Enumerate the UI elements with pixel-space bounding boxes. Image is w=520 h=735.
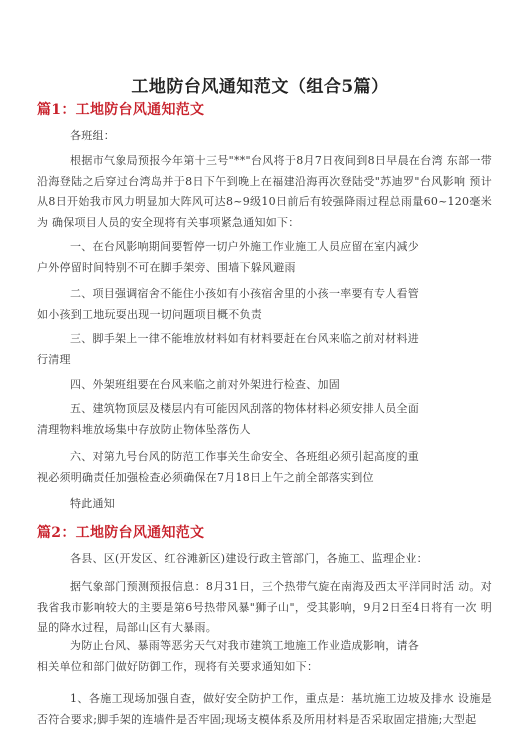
section-1-item-1: 一、在台风影响期间要暂停一切户外施工作业施工人员应留在室内减少户外停留时间特别不…: [37, 237, 419, 278]
section-1-item-5: 五、建筑物顶层及楼层内有可能因风刮落的物体材料必须安排人员全面清理物料堆放场集中…: [37, 399, 419, 440]
section-1-item-2: 二、项目强调宿舍不能住小孩如有小孩宿舍里的小孩一率要有专人看管如小孩到工地玩耍出…: [37, 284, 419, 325]
section-2-salutation: 各县、区(开发区、红谷滩新区)建设行政主管部门，各施工、监理企业：: [37, 549, 492, 570]
section-2-heading: 篇2：工地防台风通知范文: [37, 522, 204, 542]
section-2-item-1: 1、各施工现场加强自查，做好安全防护工作，重点是：基坑施工边坡及排水 设施是否符…: [37, 689, 492, 730]
document-title: 工地防台风通知范文（组合5篇）: [0, 72, 520, 97]
section-1-heading: 篇1：工地防台风通知范文: [37, 99, 204, 119]
section-1-salutation: 各班组：: [37, 126, 489, 147]
section-2-paragraph-forecast: 据气象部门预测预报信息：8月31日，三个热带气旋在南海及西太平洋同时活 动。对我…: [37, 577, 492, 639]
section-1-paragraph-intro: 根据市气象局预报今年第十三号"**"台风将于8月7日夜间到8日早晨在台湾 东部一…: [37, 151, 492, 233]
section-1-item-3: 三、脚手架上一律不能堆放材料如有材料要赶在台风来临之前对材料进行清理: [37, 329, 419, 370]
section-2-paragraph-requirements: 为防止台风、暴雨等恶劣天气对我市建筑工地施工作业造成影响，请各相关单位和部门做好…: [37, 636, 419, 677]
section-1-item-6: 六、对第九号台风的防范工作事关生命安全、各班组必须引起高度的重视必须明确责任加强…: [37, 447, 419, 488]
section-1-item-4: 四、外架班组要在台风来临之前对外架进行检查、加固: [37, 375, 419, 396]
section-1-closing: 特此通知: [37, 494, 489, 515]
document-page: 工地防台风通知范文（组合5篇） 篇1：工地防台风通知范文 各班组： 根据市气象局…: [0, 0, 520, 735]
